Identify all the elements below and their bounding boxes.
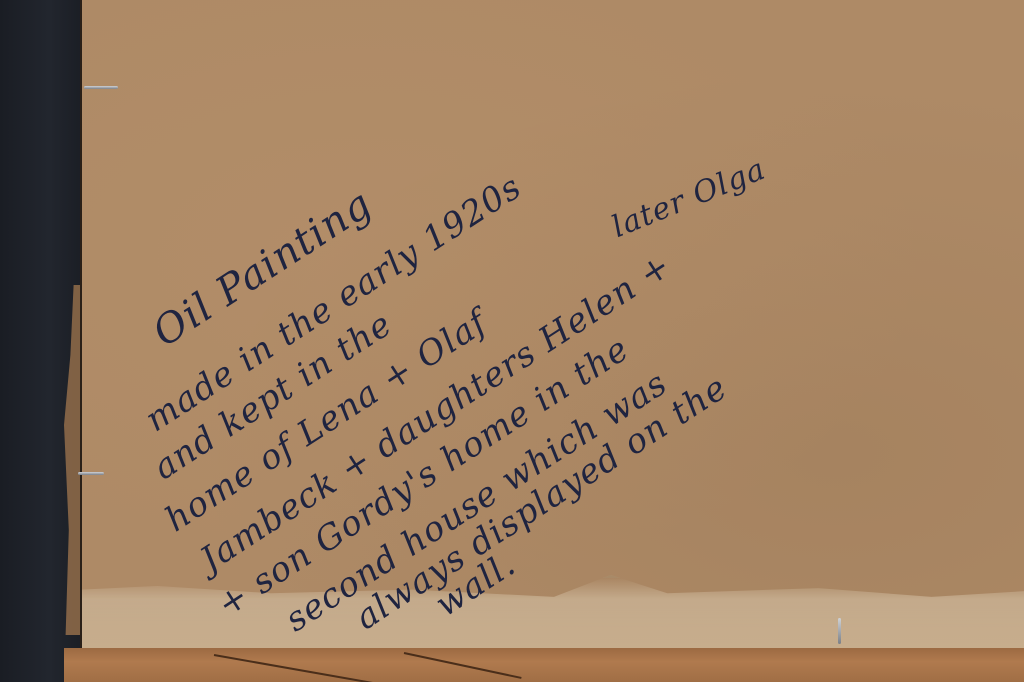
note-line-5: later Olga [607, 152, 771, 245]
handwritten-note: Oil Painting made in the early 1920s and… [0, 0, 1024, 682]
